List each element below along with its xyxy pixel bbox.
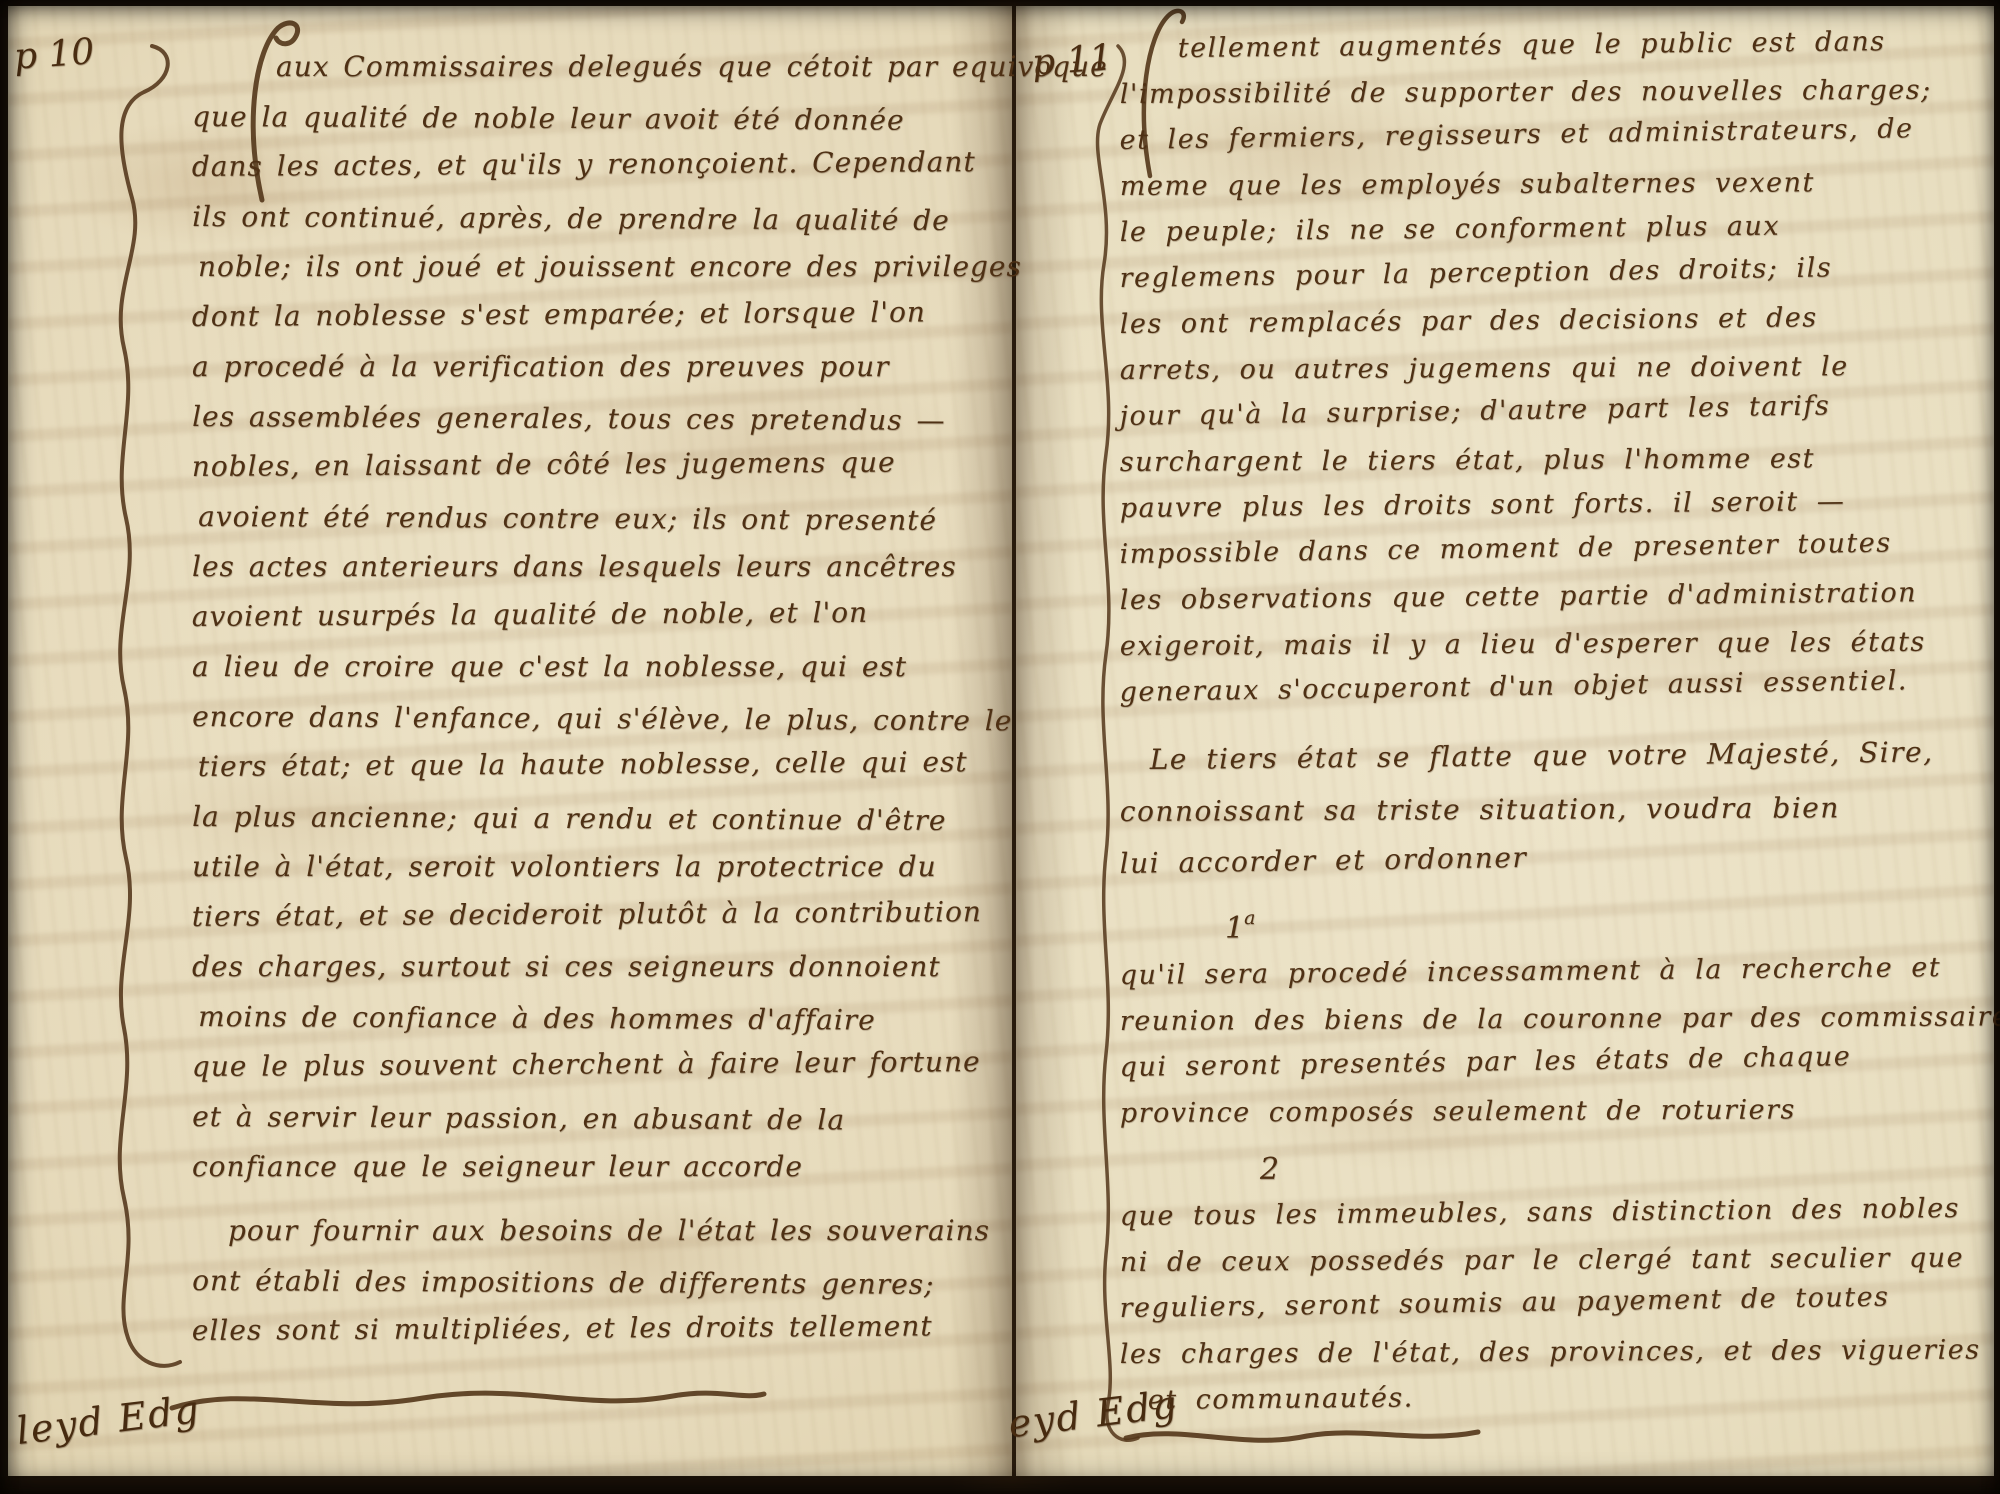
manuscript-line: tiers état, et se decideroit plutôt à la… (192, 887, 992, 942)
right-paragraph-2: Le tiers état se flatte que votre Majest… (1120, 734, 1992, 890)
manuscript-line: dont la noblesse s'est emparée; et lorsq… (192, 287, 992, 342)
manuscript-line: aux Commissaires delegués que cétoit par… (276, 42, 992, 92)
manuscript-line: les ont remplacés par des decisions et d… (1120, 294, 1992, 348)
article-number: 1 (1225, 911, 1244, 946)
page-stack-edge (0, 1474, 2000, 1494)
manuscript-line: nobles, en laissant de côté les jugemens… (192, 437, 992, 492)
manuscript-line: elles sont si multipliées, et les droits… (192, 1301, 992, 1356)
left-paragraph-2: pour fournir aux besoins de l'état les s… (192, 1206, 992, 1356)
manuscript-line: que tous les immeubles, sans distinction… (1120, 1186, 1992, 1240)
manuscript-line: utile à l'état, seroit volontiers la pro… (192, 842, 992, 892)
article-1-lines: qu'il sera procedé incessamment à la rec… (1120, 953, 1992, 1137)
manuscript-line: et communautés. (1148, 1370, 1992, 1424)
right-paragraph-1: tellement augmentés que le public est da… (1120, 26, 1992, 716)
article-superscript: a (1244, 907, 1255, 929)
manuscript-scan: p 10 leyd Edg p 11 eyd Edg aux Commissai… (0, 0, 2000, 1494)
manuscript-line: qu'il sera procedé incessamment à la rec… (1120, 945, 1992, 999)
manuscript-line: province composés seulement de roturiers (1120, 1086, 1992, 1137)
left-page-text: aux Commissaires delegués que cétoit par… (192, 42, 992, 1356)
article-heading-2: 2 (1260, 1139, 1992, 1190)
manuscript-line: confiance que le seigneur leur accorde (192, 1142, 992, 1192)
article-2-lines: que tous les immeubles, sans distinction… (1120, 1194, 1992, 1424)
manuscript-line: et à servir leur passion, en abusant de … (192, 1092, 992, 1146)
right-page-text: tellement augmentés que le public est da… (1120, 26, 1992, 1424)
manuscript-line: les observations que cette partie d'admi… (1120, 570, 1992, 624)
manuscript-line: dans les actes, et qu'ils y renonçoient.… (192, 137, 992, 192)
manuscript-line: avoient usurpés la qualité de noble, et … (192, 587, 992, 642)
manuscript-line: pour fournir aux besoins de l'état les s… (228, 1206, 992, 1256)
manuscript-line: que le plus souvent cherchent à faire le… (192, 1037, 992, 1092)
manuscript-line: les actes anterieurs dans lesquels leurs… (192, 542, 992, 592)
manuscript-line: a procedé à la verification des preuves … (192, 342, 992, 392)
manuscript-line: la plus ancienne; qui a rendu et continu… (192, 792, 992, 846)
manuscript-line: a lieu de croire que c'est la noblesse, … (192, 642, 992, 692)
manuscript-line: Le tiers état se flatte que votre Majest… (1150, 726, 1992, 786)
manuscript-line: ils ont continué, après, de prendre la q… (192, 192, 992, 246)
manuscript-line: des charges, surtout si ces seigneurs do… (192, 942, 992, 992)
left-paragraph-1: aux Commissaires delegués que cétoit par… (192, 42, 992, 1192)
article-heading-1: 1a (1225, 898, 1992, 949)
manuscript-line: tiers état; et que la haute noblesse, ce… (198, 737, 992, 792)
manuscript-line: tellement augmentés que le public est da… (1178, 18, 1992, 72)
article-number: 2 (1260, 1152, 1279, 1187)
manuscript-line: noble; ils ont joué et jouissent encore … (198, 242, 992, 292)
page-number-left: p 10 (13, 31, 96, 78)
manuscript-line: avoient été rendus contre eux; ils ont p… (198, 492, 992, 546)
